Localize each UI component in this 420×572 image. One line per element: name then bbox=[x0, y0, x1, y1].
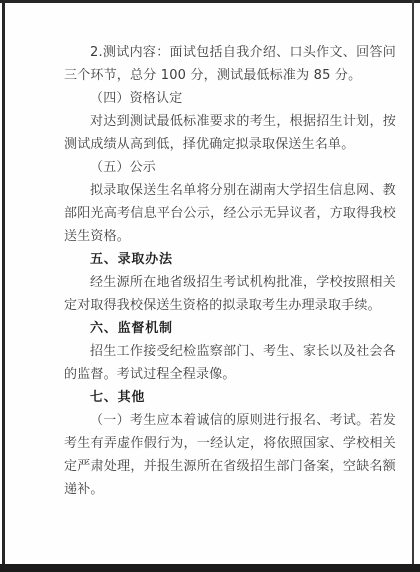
text-line: 考生有弄虚作假行为，一经认定，将依照国家、学校相关规 bbox=[64, 432, 396, 455]
text-line: 测试成绩从高到低，择优确定拟录取保送生名单。 bbox=[64, 133, 396, 156]
text-line: 对达到测试最低标准要求的考生，根据招生计划，按照 bbox=[64, 110, 396, 133]
text-line: 定严肃处理，并报生源所在省级招生部门备案，空缺名额不 bbox=[64, 455, 396, 478]
text-line: 2.测试内容：面试包括自我介绍、口头作文、回答问题 bbox=[64, 41, 396, 64]
document-body: 2.测试内容：面试包括自我介绍、口头作文、回答问题三个环节，总分 100 分，测… bbox=[64, 41, 396, 501]
scanned-page: 2.测试内容：面试包括自我介绍、口头作文、回答问题三个环节，总分 100 分，测… bbox=[0, 0, 420, 572]
scan-edge-right bbox=[412, 0, 414, 572]
text-line: （一）考生应本着诚信的原则进行报名、考试。若发现 bbox=[64, 409, 396, 432]
section-heading: 六、监督机制 bbox=[64, 317, 396, 340]
section-heading: 七、其他 bbox=[64, 386, 396, 409]
section-heading: 五、录取办法 bbox=[64, 248, 396, 271]
scan-edge-top bbox=[0, 0, 420, 3]
text-line: 定对取得我校保送生资格的拟录取考生办理录取手续。 bbox=[64, 294, 396, 317]
scan-edge-left bbox=[2, 0, 5, 572]
text-line: 送生资格。 bbox=[64, 225, 396, 248]
text-line: 拟录取保送生名单将分别在湖南大学招生信息网、教育 bbox=[64, 179, 396, 202]
text-line: （四）资格认定 bbox=[64, 87, 396, 110]
scan-edge-bottom bbox=[0, 564, 420, 572]
text-line: 的监督。考试过程全程录像。 bbox=[64, 363, 396, 386]
text-line: 招生工作接受纪检监察部门、考生、家长以及社会各界 bbox=[64, 340, 396, 363]
text-line: （五）公示 bbox=[64, 156, 396, 179]
text-line: 经生源所在地省级招生考试机构批准，学校按照相关规 bbox=[64, 271, 396, 294]
text-line: 三个环节，总分 100 分，测试最低标准为 85 分。 bbox=[64, 64, 396, 87]
text-line: 递补。 bbox=[64, 478, 396, 501]
text-line: 部阳光高考信息平台公示，经公示无异议者，方取得我校保 bbox=[64, 202, 396, 225]
